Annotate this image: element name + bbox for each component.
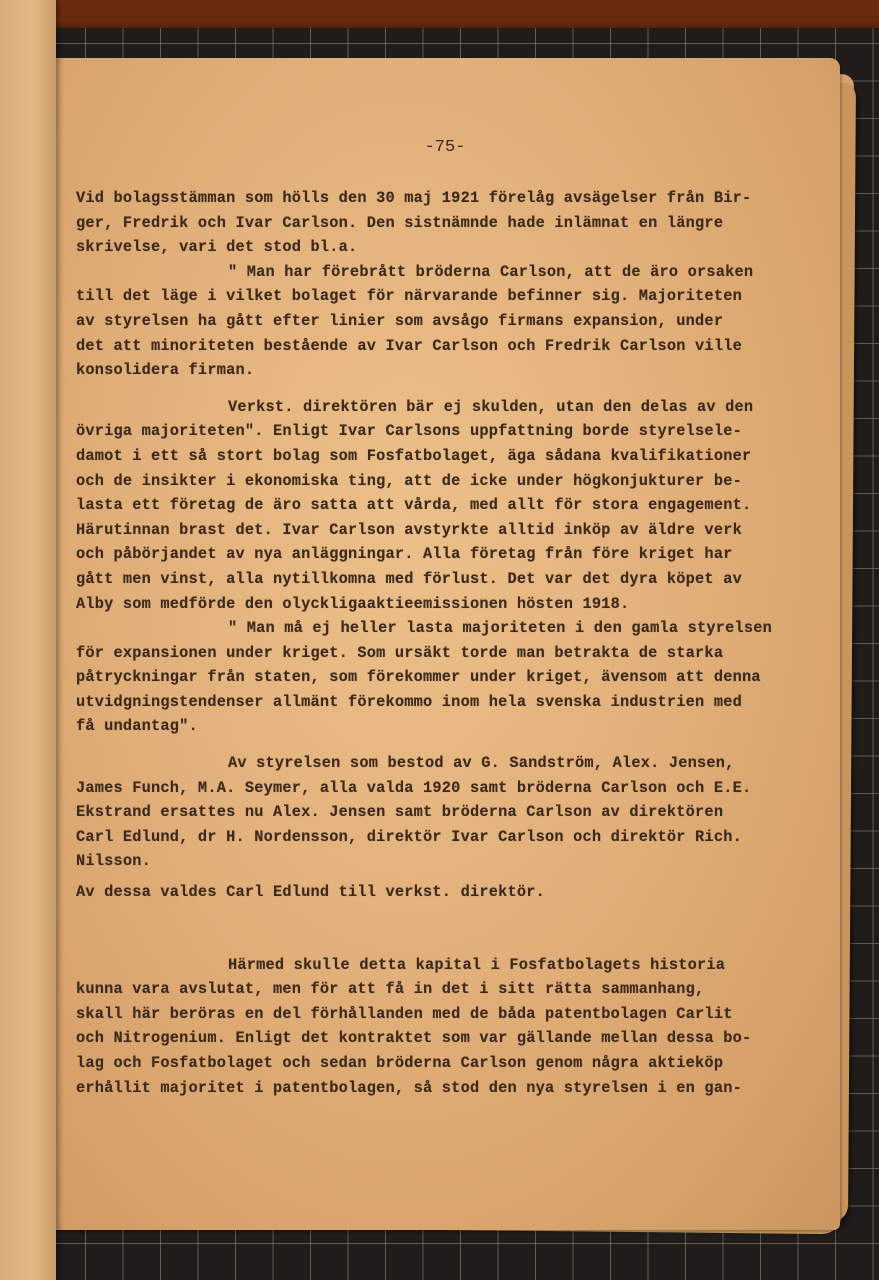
text-line: och de insikter i ekonomiska ting, att d… — [76, 469, 836, 494]
text-line: James Funch, M.A. Seymer, alla valda 192… — [76, 776, 836, 801]
text-line: skrivelse, vari det stod bl.a. — [76, 235, 836, 260]
text-line: det att minoriteten bestående av Ivar Ca… — [76, 334, 836, 359]
text-line: för expansionen under kriget. Som ursäkt… — [76, 641, 836, 666]
text-line: lasta ett företag de äro satta att vårda… — [76, 493, 836, 518]
text-line: gått men vinst, alla nytillkomna med för… — [76, 567, 836, 592]
text-line: Verkst. direktören bär ej skulden, utan … — [76, 395, 836, 420]
text-line: skall här beröras en del förhållanden me… — [76, 1002, 836, 1027]
text-line: damot i ett så stort bolag som Fosfatbol… — [76, 444, 836, 469]
text-line: påtryckningar från staten, som förekomme… — [76, 665, 836, 690]
text-line: till det läge i vilket bolaget för närva… — [76, 284, 836, 309]
paragraph-bolagsstamma: Vid bolagsstämman som hölls den 30 maj 1… — [76, 186, 836, 260]
text-line: konsolidera firman. — [76, 358, 836, 383]
text-line: övriga majoriteten". Enligt Ivar Carlson… — [76, 419, 836, 444]
page-number: -75- — [50, 138, 840, 157]
text-line: Carl Edlund, dr H. Nordensson, direktör … — [76, 825, 836, 850]
paragraph-quote-forebratt: " Man har förebrått bröderna Carlson, at… — [76, 260, 836, 383]
text-line: " Man må ej heller lasta majoriteten i d… — [76, 616, 836, 641]
typewritten-page: -75- Vid bolagsstämman som hölls den 30 … — [50, 58, 840, 1230]
text-line: och påbörjandet av nya anläggningar. All… — [76, 542, 836, 567]
paragraph-edlund-vald: Av dessa valdes Carl Edlund till verkst.… — [76, 880, 836, 905]
text-line: Härmed skulle detta kapital i Fosfatbola… — [76, 953, 836, 978]
facing-page-edge — [0, 0, 56, 1280]
text-line: Av dessa valdes Carl Edlund till verkst.… — [76, 880, 836, 905]
page-body: Vid bolagsstämman som hölls den 30 maj 1… — [76, 186, 836, 1100]
paragraph-styrelsen: Av styrelsen som bestod av G. Sandström,… — [76, 751, 836, 874]
text-line: Nilsson. — [76, 849, 836, 874]
text-line: av styrelsen ha gått efter linier som av… — [76, 309, 836, 334]
text-line: utvidgningstendenser allmänt förekommo i… — [76, 690, 836, 715]
text-line: ger, Fredrik och Ivar Carlson. Den sistn… — [76, 211, 836, 236]
paragraph-verkst-direktoren: Verkst. direktören bär ej skulden, utan … — [76, 395, 836, 616]
text-line: Vid bolagsstämman som hölls den 30 maj 1… — [76, 186, 836, 211]
paragraph-quote-expansion: " Man må ej heller lasta majoriteten i d… — [76, 616, 836, 739]
text-line: " Man har förebrått bröderna Carlson, at… — [76, 260, 836, 285]
wooden-surface — [0, 0, 879, 30]
text-line: kunna vara avslutat, men för att få in d… — [76, 977, 836, 1002]
text-line: Av styrelsen som bestod av G. Sandström,… — [76, 751, 836, 776]
text-line: lag och Fosfatbolaget och sedan bröderna… — [76, 1051, 836, 1076]
text-line: Härutinnan brast det. Ivar Carlson avsty… — [76, 518, 836, 543]
paragraph-harmed: Härmed skulle detta kapital i Fosfatbola… — [76, 953, 836, 1101]
text-line: erhållit majoritet i patentbolagen, så s… — [76, 1076, 836, 1101]
text-line: och Nitrogenium. Enligt det kontraktet s… — [76, 1026, 836, 1051]
text-line: Alby som medförde den olyckligaaktieemis… — [76, 592, 836, 617]
text-line: få undantag". — [76, 714, 836, 739]
text-line: Ekstrand ersattes nu Alex. Jensen samt b… — [76, 800, 836, 825]
